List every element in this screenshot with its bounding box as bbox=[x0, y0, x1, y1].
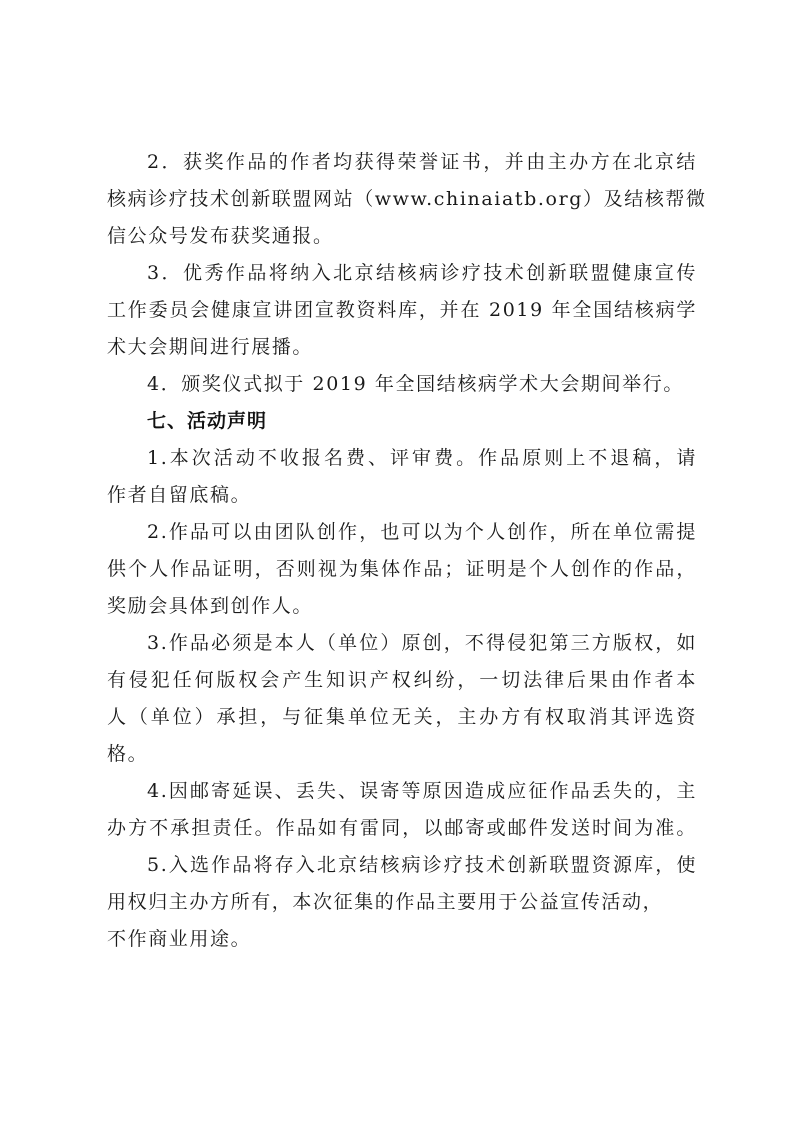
statement-item-2: 2.作品可以由团队创作，也可以为个人创作，所在单位需提 供个人作品证明，否则视为… bbox=[107, 514, 697, 625]
statement-item-3: 3.作品必须是本人（单位）原创，不得侵犯第三方版权，如 有侵犯任何版权会产生知识… bbox=[107, 625, 697, 773]
award-item-4: 4．颁奖仪式拟于 2019 年全国结核病学术大会期间举行。 bbox=[107, 366, 697, 403]
paragraph-line: 用权归主办方所有，本次征集的作品主要用于公益宣传活动， bbox=[107, 884, 697, 921]
document-page: 2．获奖作品的作者均获得荣誉证书，并由主办方在北京结 核病诊疗技术创新联盟网站（… bbox=[0, 0, 793, 1122]
paragraph-line: 核病诊疗技术创新联盟网站（www.chinaiatb.org）及结核帮微 bbox=[107, 181, 697, 218]
paragraph-line: 办方不承担责任。作品如有雷同，以邮寄或邮件发送时间为准。 bbox=[107, 810, 697, 847]
paragraph-line: 3．优秀作品将纳入北京结核病诊疗技术创新联盟健康宣传 bbox=[107, 255, 697, 292]
paragraph-line: 格。 bbox=[107, 736, 697, 773]
statement-item-4: 4.因邮寄延误、丢失、误寄等原因造成应征作品丢失的，主 办方不承担责任。作品如有… bbox=[107, 773, 697, 847]
paragraph-line: 3.作品必须是本人（单位）原创，不得侵犯第三方版权，如 bbox=[107, 625, 697, 662]
section-heading: 七、活动声明 bbox=[107, 403, 697, 440]
statement-item-1: 1.本次活动不收报名费、评审费。作品原则上不退稿，请 作者自留底稿。 bbox=[107, 440, 697, 514]
paragraph-line: 信公众号发布获奖通报。 bbox=[107, 218, 697, 255]
award-item-2: 2．获奖作品的作者均获得荣誉证书，并由主办方在北京结 核病诊疗技术创新联盟网站（… bbox=[107, 144, 697, 255]
paragraph-line: 不作商业用途。 bbox=[107, 921, 697, 958]
award-item-3: 3．优秀作品将纳入北京结核病诊疗技术创新联盟健康宣传 工作委员会健康宣讲团宣教资… bbox=[107, 255, 697, 366]
paragraph-line: 1.本次活动不收报名费、评审费。作品原则上不退稿，请 bbox=[107, 440, 697, 477]
paragraph-line: 供个人作品证明，否则视为集体作品；证明是个人创作的作品， bbox=[107, 551, 697, 588]
paragraph-line: 作者自留底稿。 bbox=[107, 477, 697, 514]
paragraph-line: 工作委员会健康宣讲团宣教资料库，并在 2019 年全国结核病学 bbox=[107, 292, 697, 329]
paragraph-line: 4.因邮寄延误、丢失、误寄等原因造成应征作品丢失的，主 bbox=[107, 773, 697, 810]
statement-item-5: 5.入选作品将存入北京结核病诊疗技术创新联盟资源库，使 用权归主办方所有，本次征… bbox=[107, 847, 697, 958]
paragraph-line: 2．获奖作品的作者均获得荣誉证书，并由主办方在北京结 bbox=[107, 144, 697, 181]
paragraph-line: 术大会期间进行展播。 bbox=[107, 329, 697, 366]
paragraph-line: 5.入选作品将存入北京结核病诊疗技术创新联盟资源库，使 bbox=[107, 847, 697, 884]
paragraph-line: 人（单位）承担，与征集单位无关，主办方有权取消其评选资 bbox=[107, 699, 697, 736]
paragraph-line: 奖励会具体到创作人。 bbox=[107, 588, 697, 625]
paragraph-line: 2.作品可以由团队创作，也可以为个人创作，所在单位需提 bbox=[107, 514, 697, 551]
document-body: 2．获奖作品的作者均获得荣誉证书，并由主办方在北京结 核病诊疗技术创新联盟网站（… bbox=[107, 144, 697, 958]
paragraph-line: 有侵犯任何版权会产生知识产权纠纷，一切法律后果由作者本 bbox=[107, 662, 697, 699]
paragraph-line: 4．颁奖仪式拟于 2019 年全国结核病学术大会期间举行。 bbox=[107, 366, 697, 403]
